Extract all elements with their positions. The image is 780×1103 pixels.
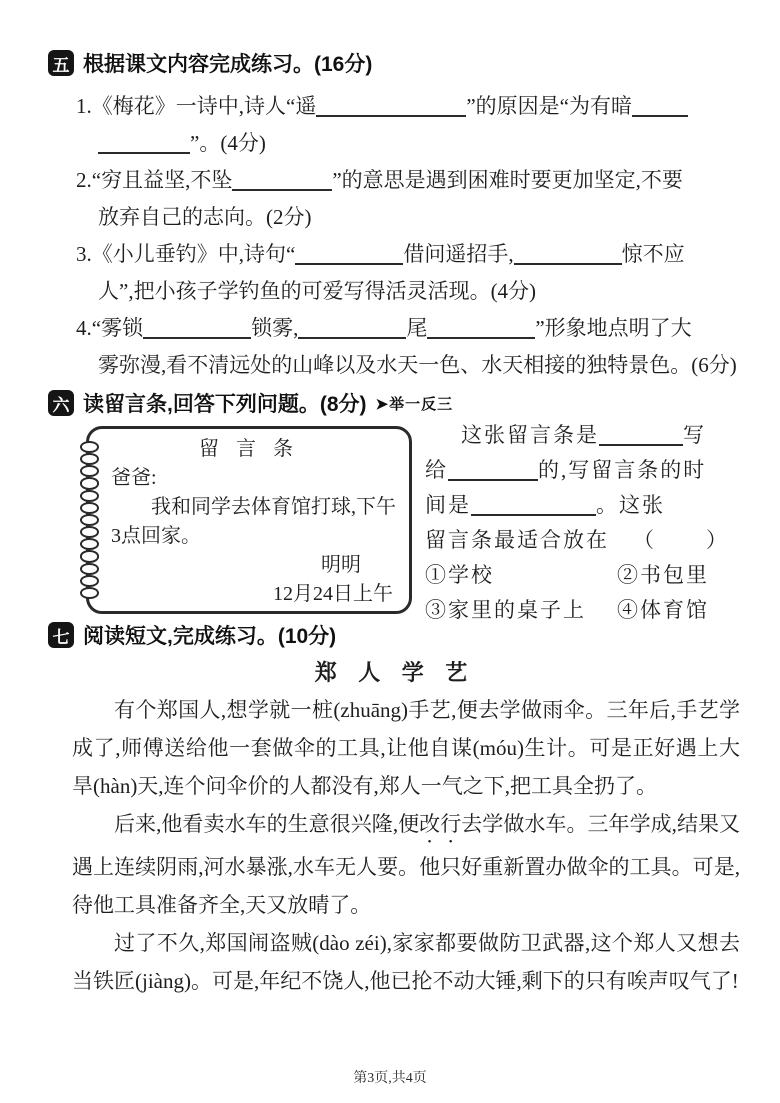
question-text: 间是 bbox=[425, 493, 471, 517]
fill-blank bbox=[295, 247, 403, 265]
emphasized-text: 改行 bbox=[419, 812, 461, 836]
option-1: ①学校 bbox=[425, 558, 617, 593]
question-text: ”的意思是遇到困难时要更加坚定,不要 bbox=[332, 168, 683, 192]
question-text: 留言条最适合放在 bbox=[425, 528, 609, 552]
question-4-line-1: 4.“雾锁锁雾,尾”形象地点明了大 bbox=[76, 310, 742, 347]
question-text: 1.《梅花》一诗中,诗人“遥 bbox=[76, 94, 316, 118]
question-text: 雾弥漫,看不清远处的山峰以及水天一色、水天相接的独特景色。(6分) bbox=[98, 353, 737, 377]
note-salutation: 爸爸: bbox=[111, 464, 409, 493]
question-text: 锁雾, bbox=[251, 316, 298, 340]
section-7-header: 七 阅读短文,完成练习。(10分) bbox=[48, 620, 742, 650]
question-text: 惊不应 bbox=[622, 242, 685, 266]
essay-paragraph-2: 后来,他看卖水车的生意很兴隆,便改行去学做水车。三年学成,结果又遇上连续阴雨,河… bbox=[72, 805, 740, 924]
ring-icon bbox=[80, 453, 99, 465]
section-6-header: 六 读留言条,回答下列问题。(8分) ➤举一反三 bbox=[48, 388, 742, 418]
spiral-binding bbox=[80, 441, 99, 599]
ring-icon bbox=[80, 587, 99, 599]
note-questions: 这张留言条是写 给的,写留言条的时 间是。这张 留言条最适合放在（） ①学校 ②… bbox=[425, 418, 742, 628]
ring-icon bbox=[80, 538, 99, 550]
ring-icon bbox=[80, 514, 99, 526]
note-question-line-2: 给的,写留言条的时 bbox=[425, 453, 742, 488]
question-text: 放弃自己的志向。(2分) bbox=[98, 205, 312, 229]
fill-blank bbox=[232, 173, 332, 191]
section-7-title: 阅读短文,完成练习。(10分) bbox=[83, 620, 336, 650]
option-2: ②书包里 bbox=[617, 558, 742, 593]
ring-icon bbox=[80, 526, 99, 538]
ring-icon bbox=[80, 575, 99, 587]
question-text: ”形象地点明了大 bbox=[535, 316, 691, 340]
note-question-line-3: 间是。这张 bbox=[425, 488, 742, 523]
question-text: 2.“穷且益坚,不坠 bbox=[76, 168, 232, 192]
fill-blank bbox=[471, 498, 596, 516]
answer-options: ①学校 ②书包里 ③家里的桌子上 ④体育馆 bbox=[425, 558, 742, 628]
question-text: 尾 bbox=[406, 316, 427, 340]
question-1-line-2: ”。(4分) bbox=[76, 125, 742, 162]
note-body-line-2: 3点回家。 bbox=[111, 522, 409, 551]
question-text: 给 bbox=[425, 458, 448, 482]
note-signer: 明明 bbox=[89, 551, 361, 580]
fill-blank bbox=[298, 321, 406, 339]
section-5: 五 根据课文内容完成练习。(16分) 1.《梅花》一诗中,诗人“遥”的原因是“为… bbox=[48, 48, 742, 384]
fill-blank bbox=[632, 99, 688, 117]
answer-paren-open: （ bbox=[633, 528, 656, 552]
question-2-line-1: 2.“穷且益坚,不坠”的意思是遇到困难时要更加坚定,不要 bbox=[76, 162, 742, 199]
section-5-badge: 五 bbox=[48, 50, 74, 76]
worksheet-page: 五 根据课文内容完成练习。(16分) 1.《梅花》一诗中,诗人“遥”的原因是“为… bbox=[0, 0, 780, 1103]
ring-icon bbox=[80, 550, 99, 562]
question-text: 。这张 bbox=[596, 493, 665, 517]
question-text: 写 bbox=[683, 423, 706, 447]
section-6-title: 读留言条,回答下列问题。(8分) bbox=[83, 388, 367, 418]
fill-blank bbox=[599, 428, 683, 446]
question-text: 人”,把小孩子学钓鱼的可爱写得活灵活现。(4分) bbox=[98, 279, 536, 303]
fill-blank bbox=[98, 136, 190, 154]
note-body-line-1: 我和同学去体育馆打球,下午 bbox=[151, 493, 409, 522]
essay-text: 后来,他看卖水车的生意很兴隆,便 bbox=[114, 812, 419, 836]
ring-icon bbox=[80, 563, 99, 575]
section-7: 七 阅读短文,完成练习。(10分) 郑 人 学 艺 有个郑国人,想学就一桩(zh… bbox=[48, 620, 742, 1000]
section-5-questions: 1.《梅花》一诗中,诗人“遥”的原因是“为有暗 ”。(4分) 2.“穷且益坚,不… bbox=[76, 88, 742, 384]
fill-blank bbox=[316, 99, 466, 117]
question-text: 3.《小儿垂钓》中,诗句“ bbox=[76, 242, 295, 266]
section-7-badge: 七 bbox=[48, 622, 74, 648]
note-question-line-4: 留言条最适合放在（） bbox=[425, 523, 742, 558]
fill-blank bbox=[143, 321, 251, 339]
ring-icon bbox=[80, 465, 99, 477]
essay-paragraph-3: 过了不久,郑国闹盗贼(dào zéi),家家都要做防卫武器,这个郑人又想去当铁匠… bbox=[72, 924, 740, 1000]
answer-paren-close: ） bbox=[706, 528, 729, 552]
question-3-line-1: 3.《小儿垂钓》中,诗句“借问遥招手,惊不应 bbox=[76, 236, 742, 273]
note-card: 留 言 条 爸爸: 我和同学去体育馆打球,下午 3点回家。 明明 12月24日上… bbox=[86, 426, 412, 614]
page-number: 第3页,共4页 bbox=[0, 1067, 780, 1087]
ring-icon bbox=[80, 502, 99, 514]
section-6-badge: 六 bbox=[48, 390, 74, 416]
question-text: ”。(4分) bbox=[190, 131, 266, 155]
question-2-line-2: 放弃自己的志向。(2分) bbox=[76, 199, 742, 236]
note-title: 留 言 条 bbox=[89, 435, 409, 464]
question-text: 4.“雾锁 bbox=[76, 316, 143, 340]
essay-body: 有个郑国人,想学就一桩(zhuāng)手艺,便去学做雨伞。三年后,手艺学成了,师… bbox=[72, 691, 740, 1000]
question-text: 借问遥招手, bbox=[403, 242, 513, 266]
note-date: 12月24日上午 bbox=[89, 580, 393, 609]
section-6: 六 读留言条,回答下列问题。(8分) ➤举一反三 留 言 条 爸爸: bbox=[48, 388, 742, 620]
question-text: 这张留言条是 bbox=[461, 423, 599, 447]
essay-paragraph-1: 有个郑国人,想学就一桩(zhuāng)手艺,便去学做雨伞。三年后,手艺学成了,师… bbox=[72, 691, 740, 805]
question-text: ”的原因是“为有暗 bbox=[466, 94, 632, 118]
section-5-header: 五 根据课文内容完成练习。(16分) bbox=[48, 48, 742, 78]
section-5-title: 根据课文内容完成练习。(16分) bbox=[83, 48, 372, 78]
fill-blank bbox=[514, 247, 622, 265]
ring-icon bbox=[80, 477, 99, 489]
fill-blank bbox=[448, 463, 538, 481]
question-3-line-2: 人”,把小孩子学钓鱼的可爱写得活灵活现。(4分) bbox=[76, 273, 742, 310]
question-4-line-2: 雾弥漫,看不清远处的山峰以及水天一色、水天相接的独特景色。(6分) bbox=[76, 347, 742, 384]
ring-icon bbox=[80, 441, 99, 453]
essay-title: 郑 人 学 艺 bbox=[48, 656, 742, 687]
question-text: 的,写留言条的时 bbox=[538, 458, 706, 482]
note-question-line-1: 这张留言条是写 bbox=[425, 418, 742, 453]
question-1-line-1: 1.《梅花》一诗中,诗人“遥”的原因是“为有暗 bbox=[76, 88, 742, 125]
fill-blank bbox=[427, 321, 535, 339]
ju-yi-fan-san-tag: ➤举一反三 bbox=[376, 393, 454, 414]
ring-icon bbox=[80, 490, 99, 502]
